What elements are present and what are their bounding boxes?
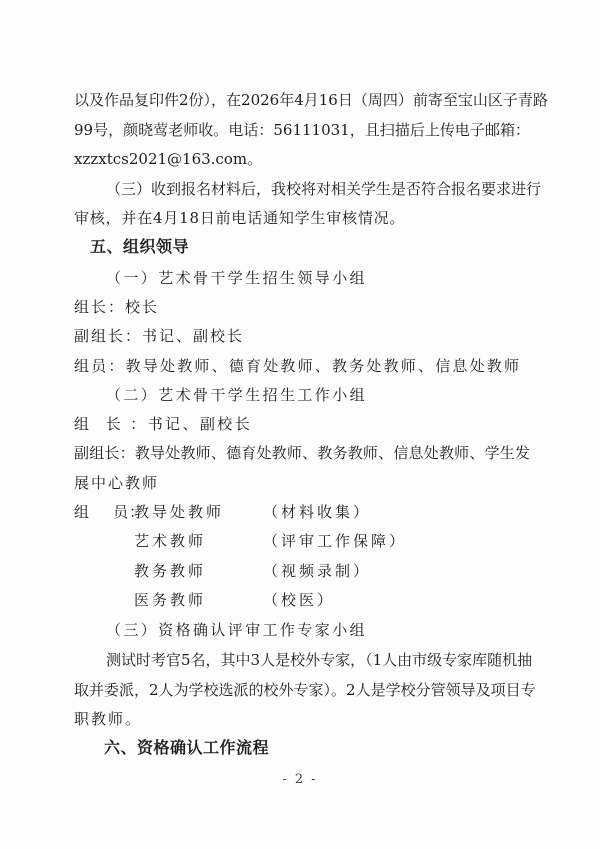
paragraph-line: 审核，并在4月18日前电话通知学生审核情况。: [74, 207, 530, 229]
paragraph-line: （三）收到报名材料后，我校将对相关学生是否符合报名要求进行: [106, 178, 530, 200]
paragraph-line: 取并委派，2人为学校选派的校外专家）。2人是学校分管领导及项目专: [74, 679, 530, 701]
group-deputy-continued: 展中心教师: [74, 472, 530, 494]
member-role: （视频录制）: [263, 560, 371, 582]
member-role: （评审工作保障）: [263, 530, 407, 552]
group-members: 组员：教导处教师、德育处教师、教务处教师、信息处教师: [74, 355, 530, 377]
email-address: xzzxtcs2021@163.com。: [74, 148, 530, 170]
member-name: 艺术教师: [134, 530, 206, 552]
group-leader: 组 长 ：书记、副校长: [74, 413, 530, 435]
page-number: - 2 -: [0, 772, 600, 787]
paragraph-line: 职教师。: [74, 708, 530, 730]
section-heading-six: 六、资格确认工作流程: [104, 737, 560, 759]
subsection-title-leadership-group: （一）艺术骨干学生招生领导小组: [106, 267, 562, 289]
group-leader: 组长：校长: [74, 296, 530, 318]
paragraph-line: 以及作品复印件2份），在2026年4月16日（周四）前寄至宝山区子青路: [74, 89, 530, 111]
document-page: 以及作品复印件2份），在2026年4月16日（周四）前寄至宝山区子青路 99号，…: [0, 0, 600, 849]
subsection-title-expert-group: （三）资格确认评审工作专家小组: [106, 619, 562, 641]
subsection-title-working-group: （二）艺术骨干学生招生工作小组: [106, 384, 562, 406]
section-heading-five: 五、组织领导: [90, 236, 530, 258]
member-name: 教导处教师: [134, 501, 224, 523]
member-name: 教务教师: [134, 560, 206, 582]
group-deputy: 副组长：教导处教师、德育处教师、教务教师、信息处教师、学生发: [74, 442, 530, 464]
member-role: （材料收集）: [263, 501, 371, 523]
group-deputy: 副组长：书记、副校长: [74, 325, 530, 347]
member-name: 医务教师: [134, 589, 206, 611]
paragraph-line: 测试时考官5名，其中3人是校外专家，（1人由市级专家库随机抽: [106, 649, 530, 671]
paragraph-line: 99号，颜晓莺老师收。电话：56111031，且扫描后上传电子邮箱：: [74, 119, 530, 141]
member-role: （校医）: [263, 589, 335, 611]
